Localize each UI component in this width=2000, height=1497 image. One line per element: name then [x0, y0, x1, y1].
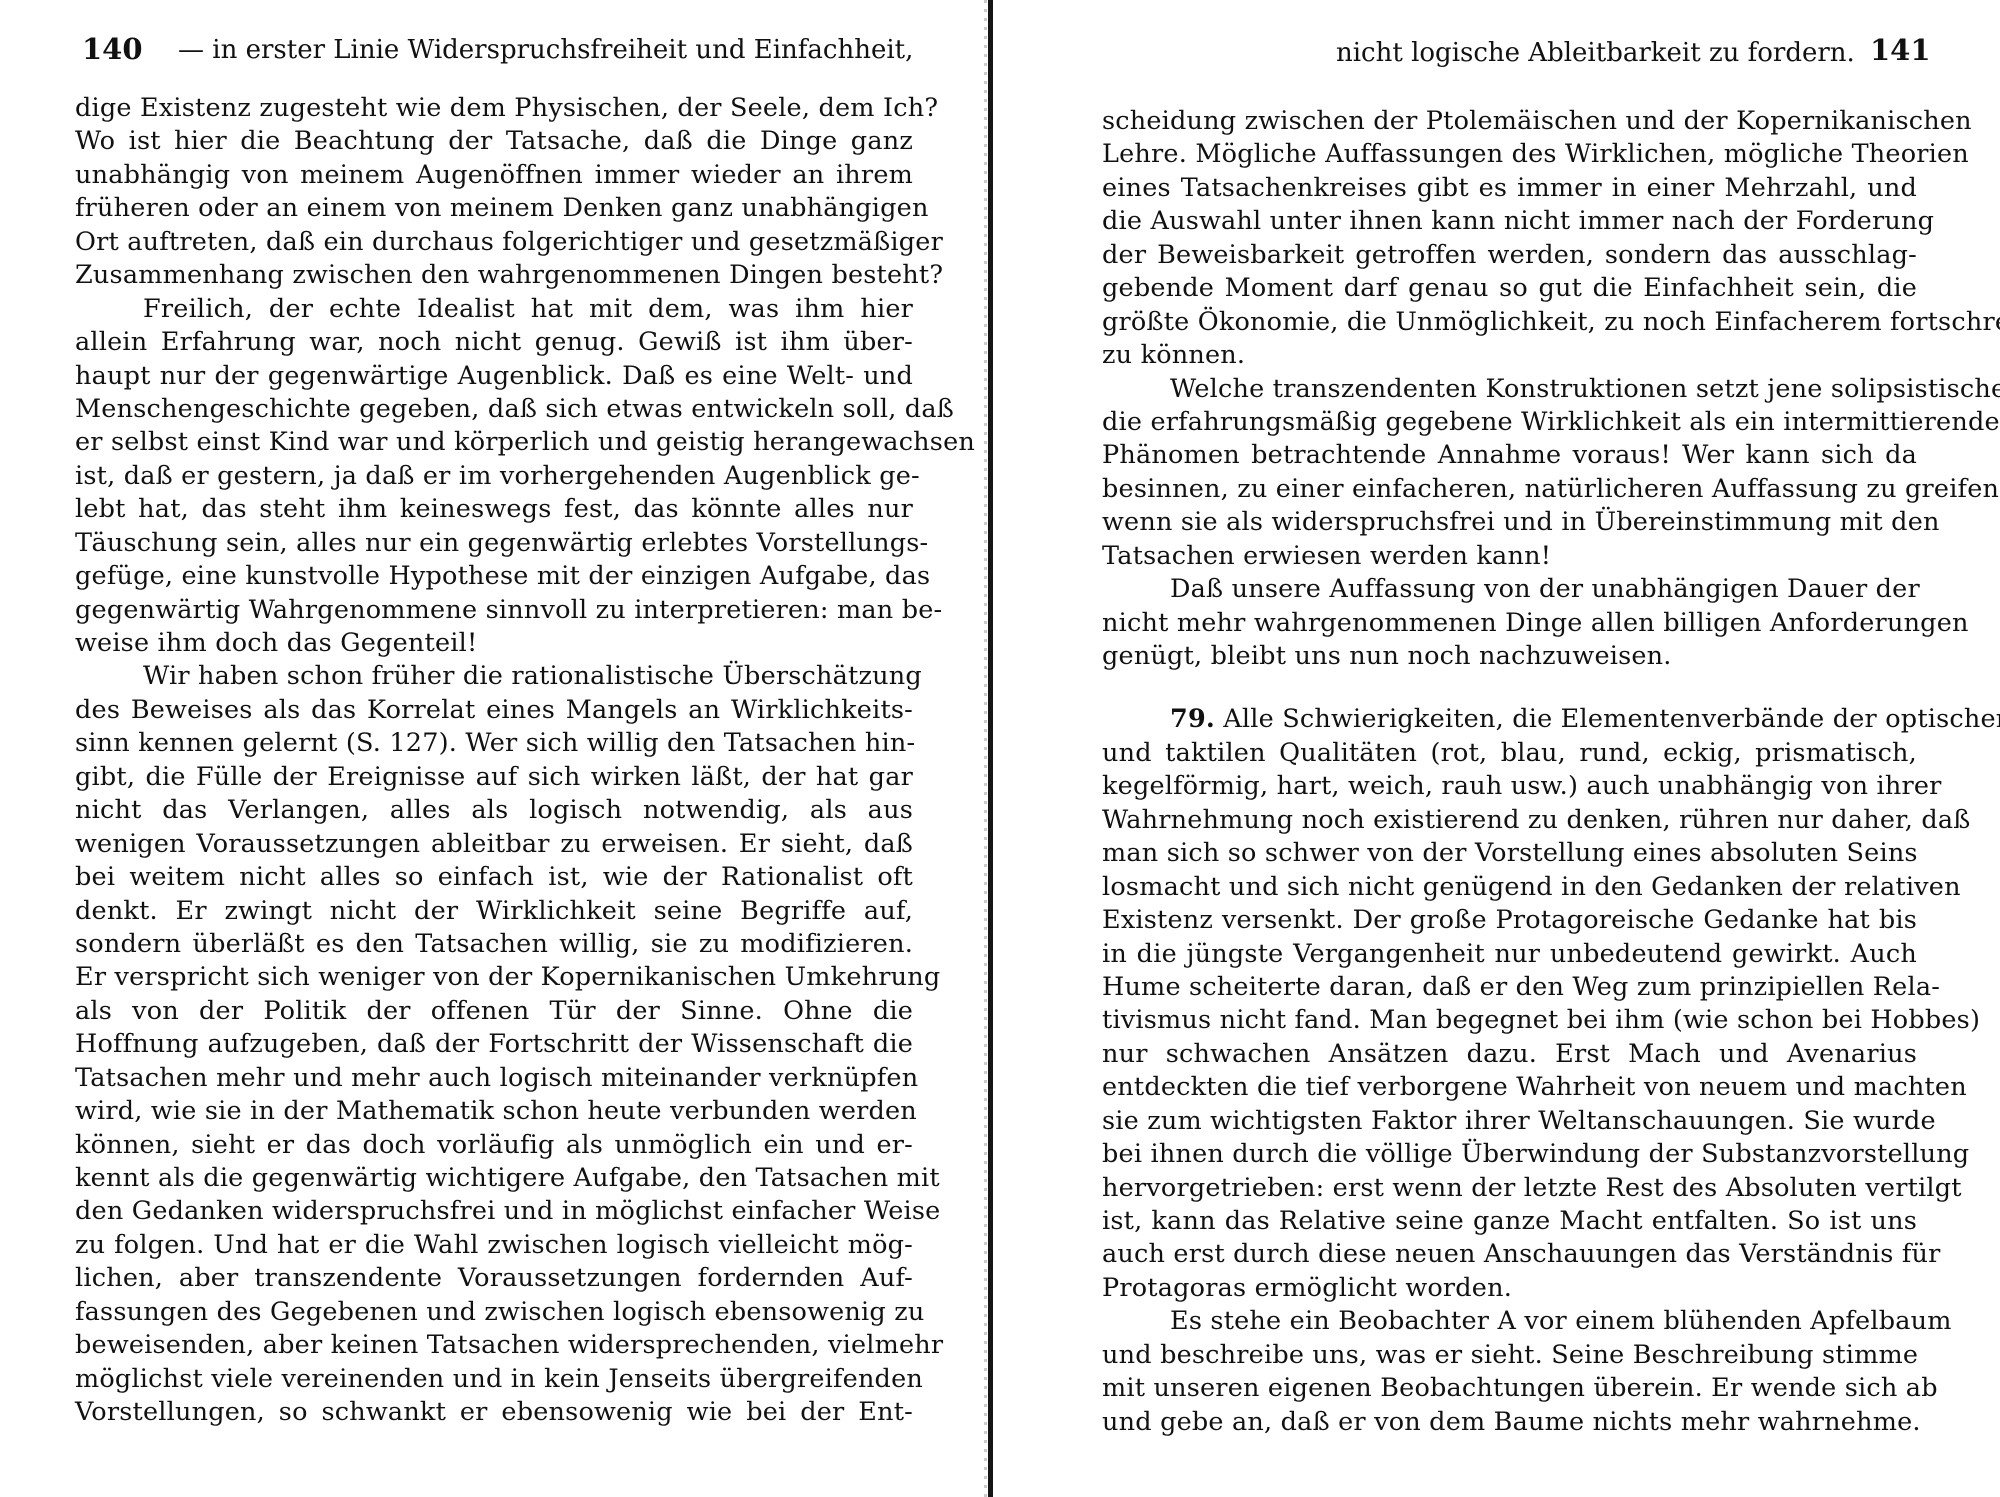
line-text: Protagoras ermöglicht worden. — [1102, 1273, 1512, 1303]
line-text: Er verspricht sich weniger von der Koper… — [75, 962, 940, 992]
text-line: sondern überläßt es den Tatsachen willig… — [75, 928, 913, 961]
line-text: sie zum wichtigsten Faktor ihrer Weltans… — [1102, 1106, 1936, 1136]
line-text: wenigen Voraussetzungen ableitbar zu erw… — [75, 829, 913, 859]
line-text: des Beweises als das Korrelat eines Mang… — [75, 695, 913, 725]
text-line: tivismus nicht fand. Man begegnet bei ih… — [1102, 1004, 1917, 1037]
text-line: Tatsachen mehr und mehr auch logisch mit… — [75, 1062, 913, 1095]
line-text: früheren oder an einem von meinem Denken… — [75, 193, 929, 223]
line-text: möglichst viele vereinenden und in kein … — [75, 1364, 923, 1394]
line-text: Daß unsere Auffassung von der unabhängig… — [1170, 574, 1920, 604]
text-line: entdeckten die tief verborgene Wahrheit … — [1102, 1071, 1917, 1104]
text-line: ist, kann das Relative seine ganze Macht… — [1102, 1205, 1917, 1238]
line-text: mit unseren eigenen Beobachtungen überei… — [1102, 1373, 1938, 1403]
text-line: kegelförmig, hart, weich, rauh usw.) auc… — [1102, 770, 1917, 803]
text-line: allein Erfahrung war, noch nicht genug. … — [75, 326, 913, 359]
line-text: haupt nur der gegenwärtige Augenblick. D… — [75, 361, 913, 391]
line-text: ist, kann das Relative seine ganze Macht… — [1102, 1206, 1917, 1236]
line-text: die Auswahl unter ihnen kann nicht immer… — [1102, 206, 1934, 236]
line-text: den Gedanken widerspruchsfrei und in mög… — [75, 1196, 940, 1226]
text-line: bei ihnen durch die völlige Überwindung … — [1102, 1138, 1917, 1171]
text-line: größte Ökonomie, die Unmöglichkeit, zu n… — [1102, 306, 1917, 339]
left-body-text: dige Existenz zugesteht wie dem Physisch… — [75, 92, 913, 1430]
text-line: Existenz versenkt. Der große Protagoreis… — [1102, 904, 1917, 937]
line-text: Alle Schwierigkeiten, die Elementenverbä… — [1223, 704, 2000, 734]
line-text: kennt als die gegenwärtig wichtigere Auf… — [75, 1163, 940, 1193]
text-line: möglichst viele vereinenden und in kein … — [75, 1363, 913, 1396]
text-line: gefüge, eine kunstvolle Hypothese mit de… — [75, 560, 913, 593]
text-line: können, sieht er das doch vorläufig als … — [75, 1129, 913, 1162]
line-text: Wo ist hier die Beachtung der Tatsache, … — [75, 126, 913, 156]
line-text: nicht das Verlangen, alles als logisch n… — [75, 795, 913, 825]
line-text: und taktilen Qualitäten (rot, blau, rund… — [1102, 738, 1917, 768]
line-text: gegenwärtig Wahrgenommene sinnvoll zu in… — [75, 595, 942, 625]
text-line: auch erst durch diese neuen Anschauungen… — [1102, 1238, 1917, 1271]
line-text: beweisenden, aber keinen Tatsachen wider… — [75, 1330, 943, 1360]
text-line: Er verspricht sich weniger von der Koper… — [75, 961, 913, 994]
line-text: Wir haben schon früher die rationalistis… — [143, 661, 922, 691]
text-line: besinnen, zu einer einfacheren, natürlic… — [1102, 473, 1917, 506]
text-line: Zusammenhang zwischen den wahrgenommenen… — [75, 259, 913, 292]
text-line: Phänomen betrachtende Annahme voraus! We… — [1102, 439, 1917, 472]
text-line: und beschreibe uns, was er sieht. Seine … — [1102, 1339, 1917, 1372]
text-line: genügt, bleibt uns nun noch nachzuweisen… — [1102, 640, 1917, 673]
line-text: denkt. Er zwingt nicht der Wirklichkeit … — [75, 896, 913, 926]
line-text: tivismus nicht fand. Man begegnet bei ih… — [1102, 1005, 1980, 1035]
text-line: bei weitem nicht alles so einfach ist, w… — [75, 861, 913, 894]
text-line: wenn sie als widerspruchsfrei und in Übe… — [1102, 506, 1917, 539]
line-text: Hoffnung aufzugeben, daß der Fortschritt… — [75, 1029, 913, 1059]
text-line: Ort auftreten, daß ein durchaus folgeric… — [75, 226, 913, 259]
line-text: lebt hat, das steht ihm keineswegs fest,… — [75, 494, 913, 524]
text-line: sinn kennen gelernt (S. 127). Wer sich w… — [75, 727, 913, 760]
line-text: wird, wie sie in der Mathematik schon he… — [75, 1096, 917, 1126]
text-line: und gebe an, daß er von dem Baume nichts… — [1102, 1406, 1917, 1439]
line-text: nicht mehr wahrgenommenen Dinge allen bi… — [1102, 608, 1969, 638]
text-line: Freilich, der echte Idealist hat mit dem… — [75, 293, 913, 326]
text-line: nur schwachen Ansätzen dazu. Erst Mach u… — [1102, 1038, 1917, 1071]
text-line: ist, daß er gestern, ja daß er im vorher… — [75, 460, 913, 493]
text-line: Wo ist hier die Beachtung der Tatsache, … — [75, 125, 913, 158]
text-line: zu können. — [1102, 339, 1917, 372]
line-text: zu folgen. Und hat er die Wahl zwischen … — [75, 1230, 913, 1260]
line-text: Es stehe ein Beobachter A vor einem blüh… — [1170, 1306, 1952, 1336]
text-line: lebt hat, das steht ihm keineswegs fest,… — [75, 493, 913, 526]
line-text: losmacht und sich nicht genügend in den … — [1102, 872, 1961, 902]
line-text: bei ihnen durch die völlige Überwindung … — [1102, 1139, 1969, 1169]
line-text: können, sieht er das doch vorläufig als … — [75, 1130, 913, 1160]
right-page: nicht logische Ableitbarkeit zu fordern.… — [994, 0, 2000, 1497]
text-line: beweisenden, aber keinen Tatsachen wider… — [75, 1329, 913, 1362]
line-text: als von der Politik der offenen Tür der … — [75, 996, 913, 1026]
text-line: Lehre. Mögliche Auffassungen des Wirklic… — [1102, 138, 1917, 171]
line-text: besinnen, zu einer einfacheren, natürlic… — [1102, 474, 2000, 504]
line-text: gibt, die Fülle der Ereignisse auf sich … — [75, 762, 913, 792]
text-line: kennt als die gegenwärtig wichtigere Auf… — [75, 1162, 913, 1195]
section-number: 79. — [1170, 704, 1215, 734]
text-line: den Gedanken widerspruchsfrei und in mög… — [75, 1195, 913, 1228]
line-text: wenn sie als widerspruchsfrei und in Übe… — [1102, 507, 1940, 537]
line-text: Tatsachen mehr und mehr auch logisch mit… — [75, 1063, 918, 1093]
text-line: Es stehe ein Beobachter A vor einem blüh… — [1102, 1305, 1917, 1338]
text-line: gebende Moment darf genau so gut die Ein… — [1102, 272, 1917, 305]
text-line: Menschengeschichte gegeben, daß sich etw… — [75, 393, 913, 426]
line-text: lichen, aber transzendente Voraussetzung… — [75, 1263, 913, 1293]
line-text: Zusammenhang zwischen den wahrgenommenen… — [75, 260, 943, 290]
line-text: und gebe an, daß er von dem Baume nichts… — [1102, 1407, 1921, 1437]
text-line: 79. Alle Schwierigkeiten, die Elementenv… — [1102, 703, 1917, 736]
text-line: Wir haben schon früher die rationalistis… — [75, 660, 913, 693]
text-line: wird, wie sie in der Mathematik schon he… — [75, 1095, 913, 1128]
text-line: Daß unsere Auffassung von der unabhängig… — [1102, 573, 1917, 606]
text-line: dige Existenz zugesteht wie dem Physisch… — [75, 92, 913, 125]
line-text: unabhängig von meinem Augenöffnen immer … — [75, 160, 913, 190]
line-text: gebende Moment darf genau so gut die Ein… — [1102, 273, 1917, 303]
text-line: haupt nur der gegenwärtige Augenblick. D… — [75, 360, 913, 393]
text-line: sie zum wichtigsten Faktor ihrer Weltans… — [1102, 1105, 1917, 1138]
book-gutter — [988, 0, 993, 1497]
text-line: die Auswahl unter ihnen kann nicht immer… — [1102, 205, 1917, 238]
line-text: Wahrnehmung noch existierend zu denken, … — [1102, 805, 1971, 835]
running-head-right: nicht logische Ableitbarkeit zu fordern. — [1336, 36, 1855, 70]
text-line: die erfahrungsmäßig gegebene Wirklichkei… — [1102, 406, 1917, 439]
line-text: kegelförmig, hart, weich, rauh usw.) auc… — [1102, 771, 1942, 801]
line-text: bei weitem nicht alles so einfach ist, w… — [75, 862, 913, 892]
line-text: scheidung zwischen der Ptolemäischen und… — [1102, 106, 1972, 136]
text-line: Protagoras ermöglicht worden. — [1102, 1272, 1917, 1305]
text-line: nicht das Verlangen, alles als logisch n… — [75, 794, 913, 827]
line-text: dige Existenz zugesteht wie dem Physisch… — [75, 93, 938, 123]
text-line: gibt, die Fülle der Ereignisse auf sich … — [75, 761, 913, 794]
text-line: scheidung zwischen der Ptolemäischen und… — [1102, 105, 1917, 138]
line-text: Menschengeschichte gegeben, daß sich etw… — [75, 394, 954, 424]
text-line: Täuschung sein, alles nur ein gegenwärti… — [75, 527, 913, 560]
text-line: in die jüngste Vergangenheit nur unbedeu… — [1102, 938, 1917, 971]
line-text: nur schwachen Ansätzen dazu. Erst Mach u… — [1102, 1039, 1917, 1069]
text-line: eines Tatsachenkreises gibt es immer in … — [1102, 172, 1917, 205]
text-line: gegenwärtig Wahrgenommene sinnvoll zu in… — [75, 594, 913, 627]
text-line: man sich so schwer von der Vorstellung e… — [1102, 837, 1917, 870]
line-text: der Beweisbarkeit getroffen werden, sond… — [1102, 240, 1917, 270]
text-line: des Beweises als das Korrelat eines Mang… — [75, 694, 913, 727]
line-text: zu können. — [1102, 340, 1245, 370]
running-head-left: — in erster Linie Widerspruchsfreiheit u… — [178, 33, 913, 67]
line-text: und beschreibe uns, was er sieht. Seine … — [1102, 1340, 1918, 1370]
line-text: sinn kennen gelernt (S. 127). Wer sich w… — [75, 728, 915, 758]
text-line: früheren oder an einem von meinem Denken… — [75, 192, 913, 225]
text-line: Welche transzendenten Konstruktionen set… — [1102, 373, 1917, 406]
text-line: Vorstellungen, so schwankt er ebensoweni… — [75, 1396, 913, 1429]
text-line: Hoffnung aufzugeben, daß der Fortschritt… — [75, 1028, 913, 1061]
text-line: fassungen des Gegebenen und zwischen log… — [75, 1296, 913, 1329]
line-text: Phänomen betrachtende Annahme voraus! We… — [1102, 440, 1917, 470]
line-text: hervorgetrieben: erst wenn der letzte Re… — [1102, 1173, 1962, 1203]
line-text: man sich so schwer von der Vorstellung e… — [1102, 838, 1918, 868]
line-text: Ort auftreten, daß ein durchaus folgeric… — [75, 227, 943, 257]
binding-shadow — [984, 0, 987, 1497]
line-text: die erfahrungsmäßig gegebene Wirklichkei… — [1102, 407, 2000, 437]
text-line: der Beweisbarkeit getroffen werden, sond… — [1102, 239, 1917, 272]
text-line: Hume scheiterte daran, daß er den Weg zu… — [1102, 971, 1917, 1004]
line-text: auch erst durch diese neuen Anschauungen… — [1102, 1239, 1941, 1269]
line-text: weise ihm doch das Gegenteil! — [75, 628, 477, 658]
line-text: eines Tatsachenkreises gibt es immer in … — [1102, 173, 1917, 203]
text-line: weise ihm doch das Gegenteil! — [75, 627, 913, 660]
text-line: und taktilen Qualitäten (rot, blau, rund… — [1102, 737, 1917, 770]
line-text: entdeckten die tief verborgene Wahrheit … — [1102, 1072, 1967, 1102]
line-text: Vorstellungen, so schwankt er ebensoweni… — [75, 1397, 913, 1427]
line-text: ist, daß er gestern, ja daß er im vorher… — [75, 461, 920, 491]
line-text: er selbst einst Kind war und körperlich … — [75, 427, 975, 457]
text-line: wenigen Voraussetzungen ableitbar zu erw… — [75, 828, 913, 861]
line-text: Hume scheiterte daran, daß er den Weg zu… — [1102, 972, 1940, 1002]
text-line: denkt. Er zwingt nicht der Wirklichkeit … — [75, 895, 913, 928]
line-text: größte Ökonomie, die Unmöglichkeit, zu n… — [1102, 307, 2000, 337]
line-text: gefüge, eine kunstvolle Hypothese mit de… — [75, 561, 930, 591]
line-text: fassungen des Gegebenen und zwischen log… — [75, 1297, 924, 1327]
line-text: Freilich, der echte Idealist hat mit dem… — [143, 294, 913, 324]
line-text: sondern überläßt es den Tatsachen willig… — [75, 929, 913, 959]
left-page: 140 — in erster Linie Widerspruchsfreihe… — [0, 0, 990, 1497]
text-line: mit unseren eigenen Beobachtungen überei… — [1102, 1372, 1917, 1405]
line-text: genügt, bleibt uns nun noch nachzuweisen… — [1102, 641, 1672, 671]
text-line: als von der Politik der offenen Tür der … — [75, 995, 913, 1028]
text-line: lichen, aber transzendente Voraussetzung… — [75, 1262, 913, 1295]
line-text: in die jüngste Vergangenheit nur unbedeu… — [1102, 939, 1917, 969]
text-line: er selbst einst Kind war und körperlich … — [75, 426, 913, 459]
line-text: allein Erfahrung war, noch nicht genug. … — [75, 327, 913, 357]
text-line: zu folgen. Und hat er die Wahl zwischen … — [75, 1229, 913, 1262]
page-number-right: 141 — [1870, 33, 1931, 67]
right-body-text: scheidung zwischen der Ptolemäischen und… — [1102, 105, 1917, 1439]
text-line: hervorgetrieben: erst wenn der letzte Re… — [1102, 1172, 1917, 1205]
text-line: nicht mehr wahrgenommenen Dinge allen bi… — [1102, 607, 1917, 640]
text-line: unabhängig von meinem Augenöffnen immer … — [75, 159, 913, 192]
text-line: losmacht und sich nicht genügend in den … — [1102, 871, 1917, 904]
text-line: Wahrnehmung noch existierend zu denken, … — [1102, 804, 1917, 837]
line-text: Lehre. Mögliche Auffassungen des Wirklic… — [1102, 139, 1969, 169]
line-text: Existenz versenkt. Der große Protagoreis… — [1102, 905, 1917, 935]
line-text: Täuschung sein, alles nur ein gegenwärti… — [75, 528, 928, 558]
text-line: Tatsachen erwiesen werden kann! — [1102, 540, 1917, 573]
line-text: Tatsachen erwiesen werden kann! — [1102, 541, 1551, 571]
line-text: Welche transzendenten Konstruktionen set… — [1170, 374, 2000, 404]
page-number-left: 140 — [82, 32, 143, 66]
